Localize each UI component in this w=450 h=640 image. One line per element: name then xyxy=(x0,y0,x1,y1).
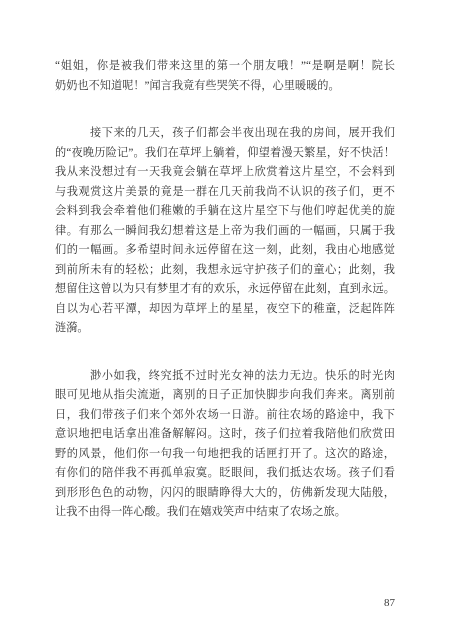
text-line: 想留住这曾以为只有梦里才有的欢乐，永远停留在此刻，直到永远。 xyxy=(55,280,395,300)
text-line: 到形形色色的动物，闪闪的眼睛睁得大大的，仿佛新发现大陆般， xyxy=(55,484,395,504)
text-line: “姐姐，你是被我们带来这里的第一个朋友哦！”“是啊是啊！院长 xyxy=(55,57,395,77)
page-number: 87 xyxy=(384,596,395,610)
text-line: 到前所未有的轻松；此刻，我想永远守护孩子们的童心；此刻，我 xyxy=(55,261,395,281)
text-line: 我从来没想过有一天我竟会躺在草坪上欣赏着这片星空，不会料到 xyxy=(55,163,395,183)
text-line: 意识地把电话拿出准备解解闷。这时，孩子们拉着我陪他们欣赏田 xyxy=(55,425,395,445)
text-line: 涟漪。 xyxy=(55,319,395,339)
paragraph-2: 接下来的几天，孩子们都会半夜出现在我的房间，展开我们 的“夜晚历险记”。我们在草… xyxy=(55,124,395,339)
text-line: 日，我们带孩子们来个郊外农场一日游。前往农场的路途中，我下 xyxy=(55,406,395,426)
text-block: “姐姐，你是被我们带来这里的第一个朋友哦！”“是啊是啊！院长 奶奶也不知道呢！”… xyxy=(55,57,395,551)
text-line: 的“夜晚历险记”。我们在草坪上躺着，仰望着漫天繁星，好不快活！ xyxy=(55,144,395,164)
text-line: 会料到我会牵着他们稚嫩的手躺在这片星空下与他们哼起优美的旋 xyxy=(55,202,395,222)
paragraph-3: 渺小如我，终究抵不过时光女神的法力无边。快乐的时光肉 眼可见地从指尖流逝，离别的… xyxy=(55,367,395,523)
text-line: 律。有那么一瞬间我幻想着这是上帝为我们画的一幅画，只属于我 xyxy=(55,222,395,242)
text-line: 接下来的几天，孩子们都会半夜出现在我的房间，展开我们 xyxy=(55,124,395,144)
document-page: “姐姐，你是被我们带来这里的第一个朋友哦！”“是啊是啊！院长 奶奶也不知道呢！”… xyxy=(0,0,450,640)
text-line: 眼可见地从指尖流逝，离别的日子正加快脚步向我们奔来。离别前 xyxy=(55,386,395,406)
text-line: 自以为心若平潭，却因为草坪上的星星，夜空下的稚童，泛起阵阵 xyxy=(55,300,395,320)
text-line: 渺小如我，终究抵不过时光女神的法力无边。快乐的时光肉 xyxy=(55,367,395,387)
paragraph-1: “姐姐，你是被我们带来这里的第一个朋友哦！”“是啊是啊！院长 奶奶也不知道呢！”… xyxy=(55,57,395,96)
text-line: 们的一幅画。多希望时间永远停留在这一刻，此刻，我由心地感觉 xyxy=(55,241,395,261)
text-line: 野的风景，他们你一句我一句地把我的话匣打开了。这次的路途， xyxy=(55,445,395,465)
text-line: 奶奶也不知道呢！”闻言我竟有些哭笑不得，心里暖暖的。 xyxy=(55,77,395,97)
text-line: 与我观赏这片美景的竟是一群在几天前我尚不认识的孩子们，更不 xyxy=(55,183,395,203)
text-line: 有你们的陪伴我不再孤单寂寞。眨眼间，我们抵达农场。孩子们看 xyxy=(55,464,395,484)
text-line: 让我不由得一阵心酸。我们在嬉戏笑声中结束了农场之旅。 xyxy=(55,503,395,523)
